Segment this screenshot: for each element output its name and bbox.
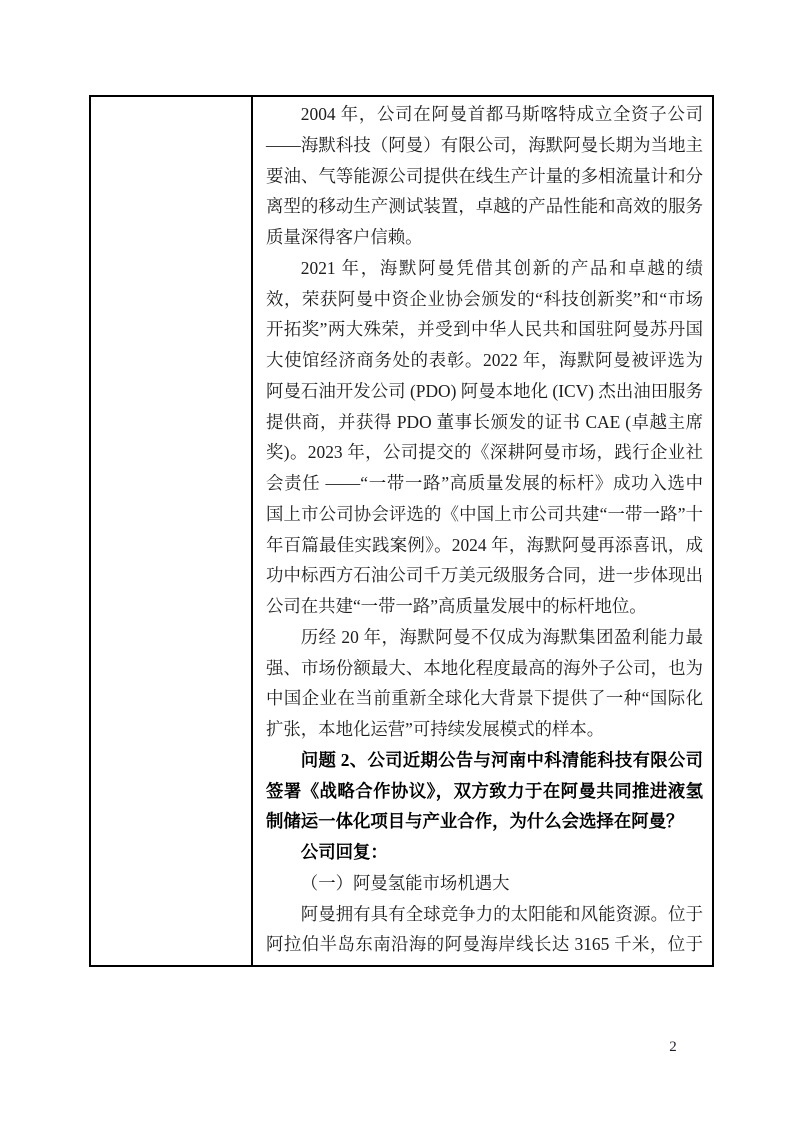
paragraph-company-reply-label: 公司回复： — [266, 837, 703, 868]
paragraph-history-2004: 2004 年，公司在阿曼首都马斯喀特成立全资子公司——海默科技（阿曼）有限公司，… — [266, 99, 703, 253]
content-table: 2004 年，公司在阿曼首都马斯喀特成立全资子公司——海默科技（阿曼）有限公司，… — [89, 95, 714, 967]
page-number: 2 — [662, 1038, 684, 1057]
paragraph-section-heading-1: （一）阿曼氢能市场机遇大 — [266, 868, 703, 899]
table-right-cell: 2004 年，公司在阿曼首都马斯喀特成立全资子公司——海默科技（阿曼）有限公司，… — [253, 97, 712, 965]
paragraph-oman-resources: 阿曼拥有具有全球竞争力的太阳能和风能资源。位于阿拉伯半岛东南沿海的阿曼海岸线长达… — [266, 899, 703, 966]
document-page: 2004 年，公司在阿曼首都马斯喀特成立全资子公司——海默科技（阿曼）有限公司，… — [0, 0, 794, 1123]
paragraph-question-2: 问题 2、公司近期公告与河南中科清能科技有限公司签署《战略合作协议》，双方致力于… — [266, 745, 703, 837]
paragraph-awards-2021-2024: 2021 年，海默阿曼凭借其创新的产品和卓越的绩效，荣获阿曼中资企业协会颁发的“… — [266, 253, 703, 622]
paragraph-twenty-years-summary: 历经 20 年，海默阿曼不仅成为海默集团盈利能力最强、市场份额最大、本地化程度最… — [266, 622, 703, 745]
table-left-cell — [91, 97, 253, 965]
